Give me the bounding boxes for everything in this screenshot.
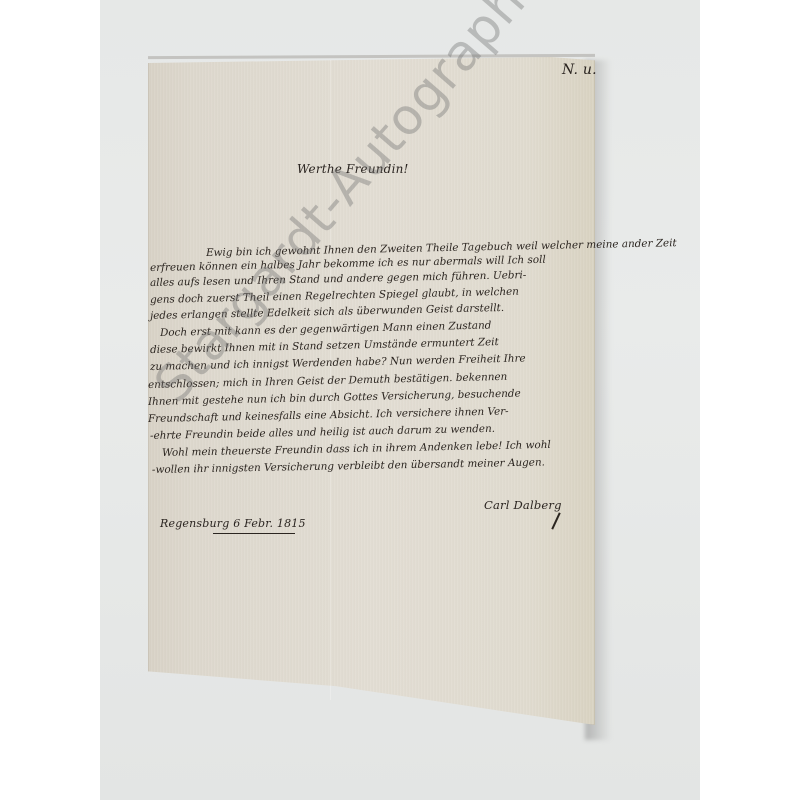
date-underline (213, 533, 295, 534)
letter-place-date: Regensburg 6 Febr. 1815 (160, 517, 306, 530)
photo-stage: N. u. Werthe Freundin! Ewig bin ich gewo… (0, 0, 800, 800)
letter-number-mark: N. u. (562, 62, 597, 78)
letter-signature: Carl Dalberg (484, 498, 562, 512)
letter-salutation: Werthe Freundin! (297, 162, 409, 176)
